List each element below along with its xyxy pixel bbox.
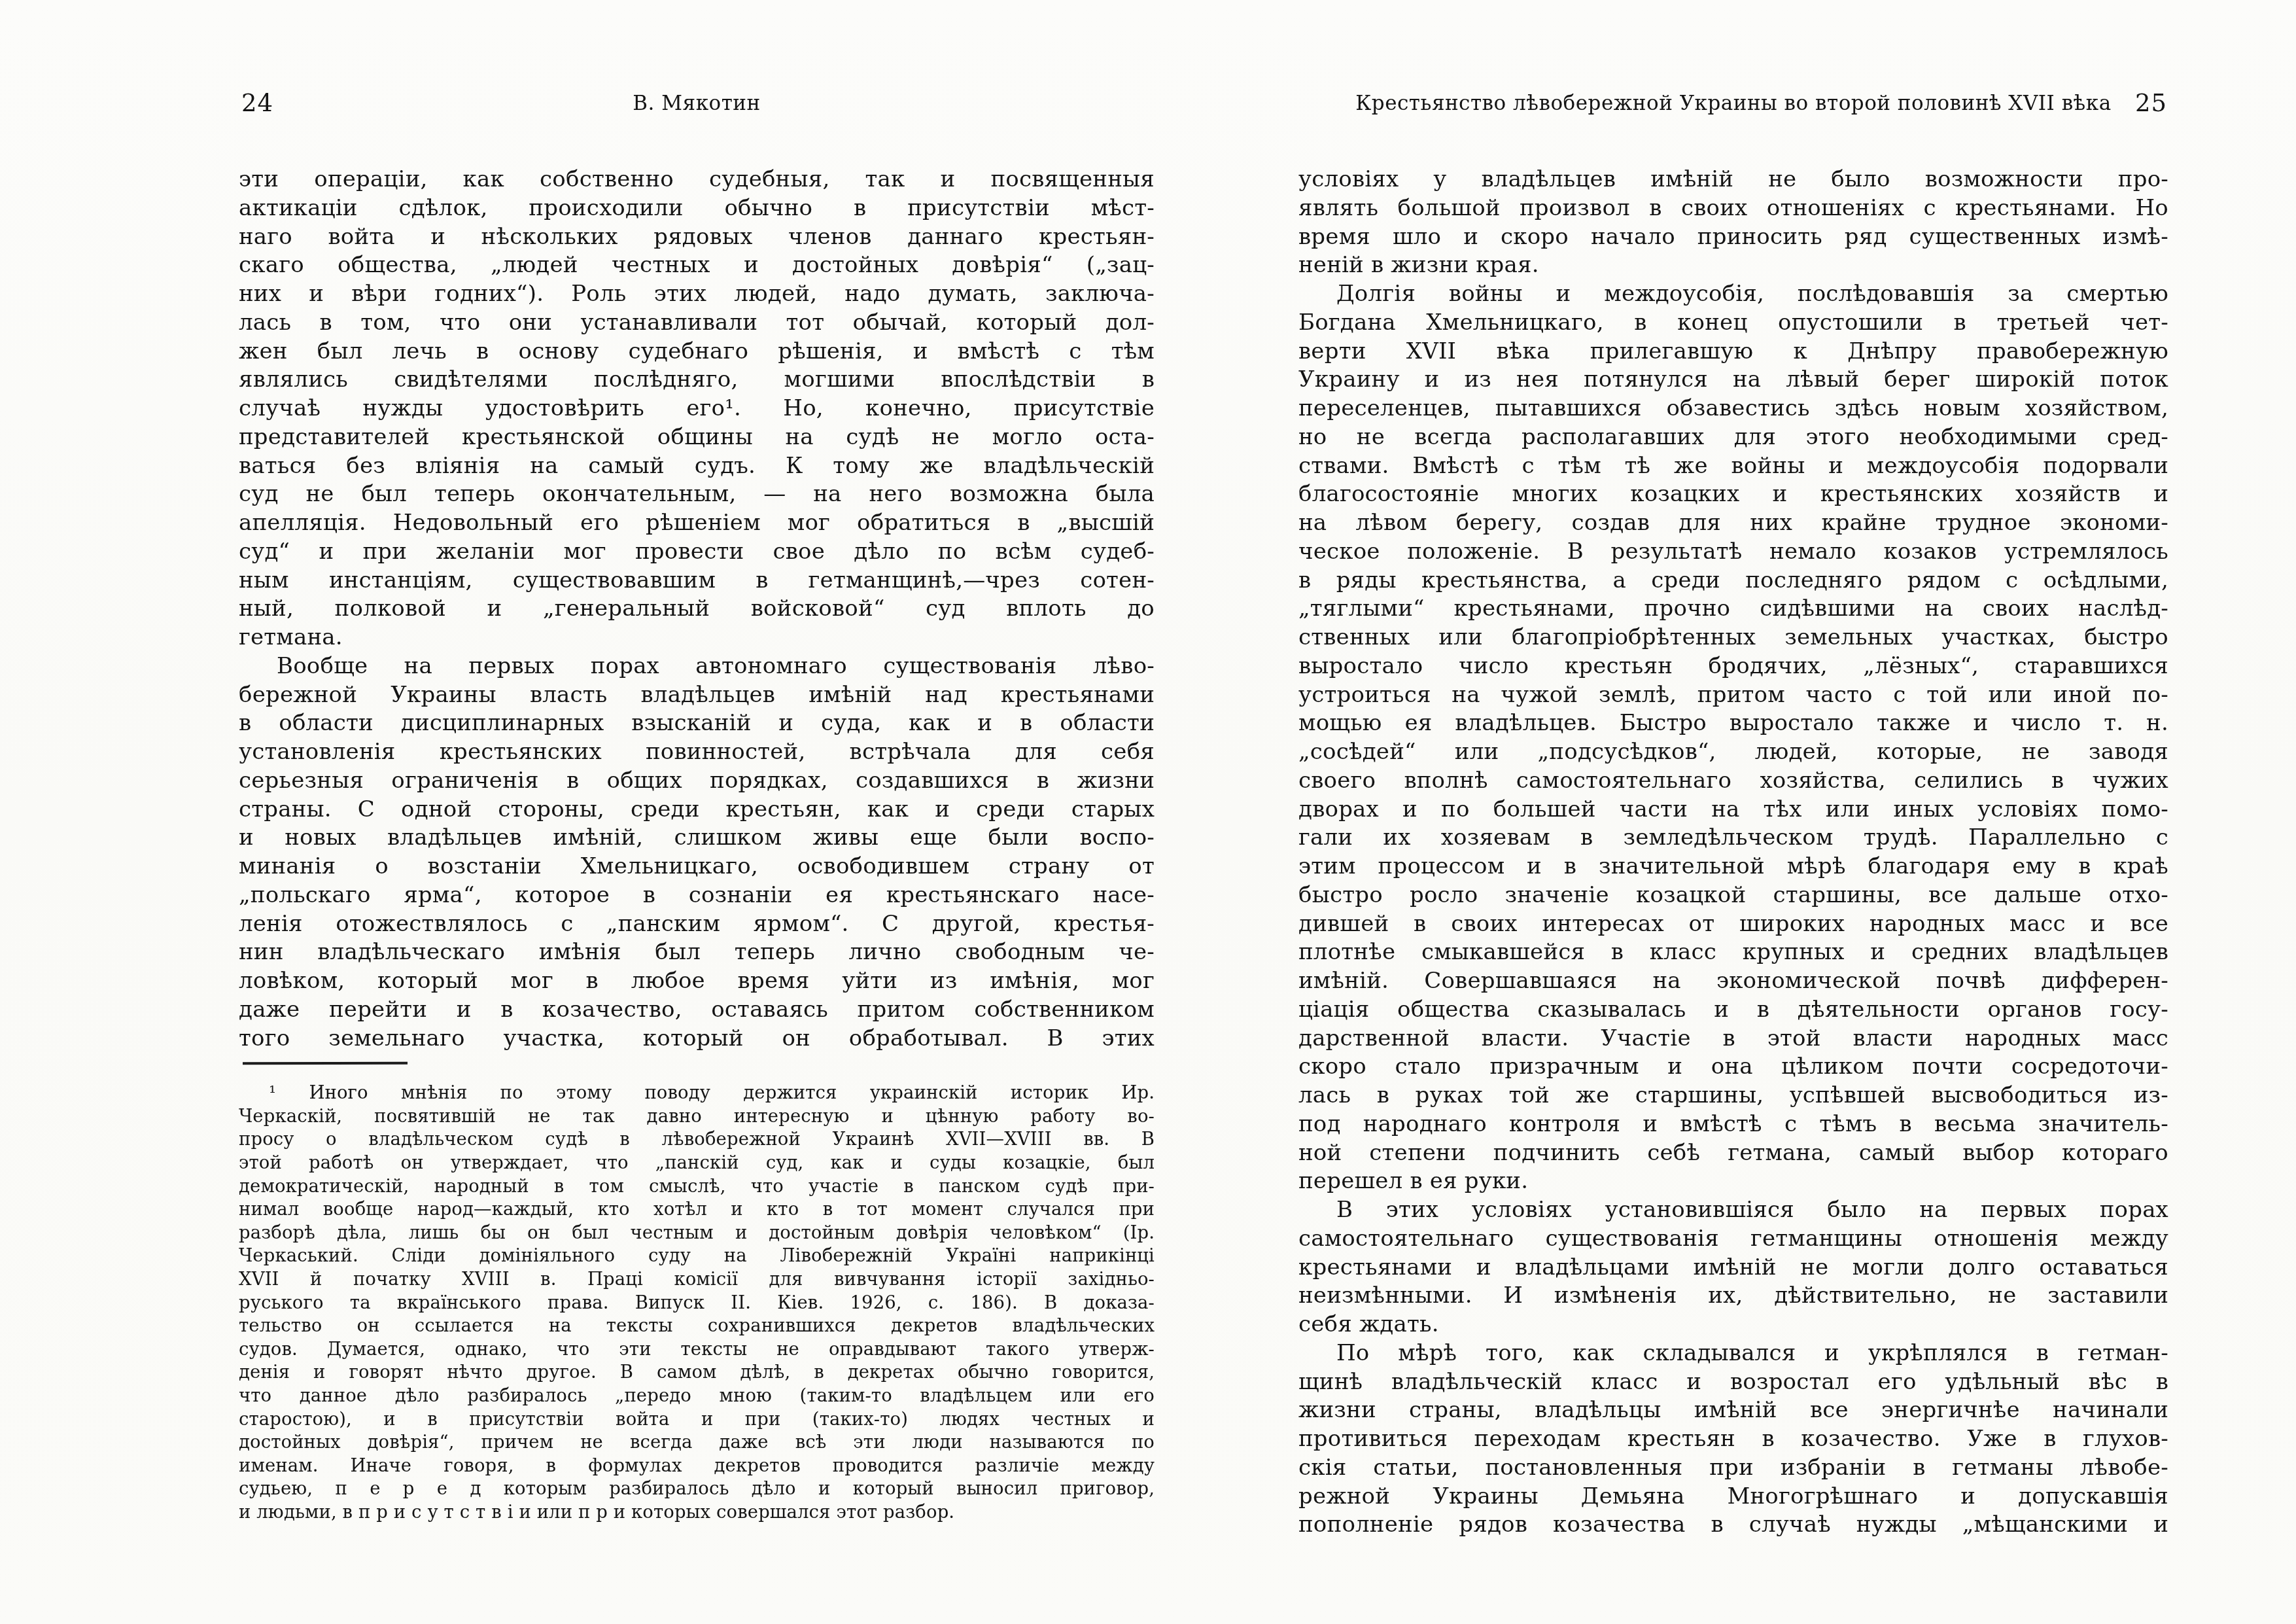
right-running-header: Крестьянство лѣвобережной Украины во вто… (1298, 85, 2168, 124)
text-line: Черкаскій, посвятившій не так давно инте… (239, 1105, 1155, 1129)
text-line: режной Украины Демьяна Многогрѣшнаго и д… (1298, 1483, 2168, 1511)
text-line: демократическій, народный в том смыслѣ, … (239, 1175, 1155, 1199)
text-line: в области дисциплинарных взысканій и суд… (239, 709, 1155, 738)
text-line: себя ждать. (1298, 1311, 2168, 1339)
text-line: дившей в своих интересах от широких наро… (1298, 910, 2168, 939)
scanned-book-spread: 24 В. Мякотин эти операціи, как собствен… (0, 0, 2296, 1624)
text-line: установленія крестьянских повинностей, в… (239, 738, 1155, 767)
text-line: противиться переходам крестьян в козачес… (1298, 1425, 2168, 1454)
text-line: достойных довѣрія“, причем не всегда даж… (239, 1431, 1155, 1455)
text-line: дарственной власти. Участіе в этой власт… (1298, 1025, 2168, 1053)
text-line: неній в жизни края. (1298, 251, 2168, 280)
text-line: и людьми, в п р и с у т с т в і и или п … (239, 1501, 1155, 1525)
text-line: быстро росло значеніе козацкой старшины,… (1298, 881, 2168, 910)
text-line: тельство он ссылается на тексты сохранив… (239, 1315, 1155, 1338)
text-line: что данное дѣло разбиралось „передо мною… (239, 1385, 1155, 1408)
text-line: щинѣ владѣльческій класс и возростал его… (1298, 1368, 2168, 1397)
text-line: условіях у владѣльцев имѣній не было воз… (1298, 166, 2168, 194)
text-line: пополненіе рядов козачества в случаѣ нуж… (1298, 1511, 2168, 1540)
text-line: жизни страны, владѣльцы имѣній все энерг… (1298, 1396, 2168, 1425)
text-line: бережной Украины власть владѣльцев имѣні… (239, 681, 1155, 710)
text-line: того земельнаго участка, который он обра… (239, 1025, 1155, 1053)
text-line: дворах и по большей части на тѣх или ины… (1298, 796, 2168, 824)
text-line: выростало число крестьян бродячих, „лёзн… (1298, 652, 2168, 681)
text-line: По мѣрѣ того, как складывался и укрѣплял… (1298, 1339, 2168, 1368)
text-line: являлись свидѣтелями послѣдняго, могшими… (239, 366, 1155, 395)
text-line: ціація общества сказывалась и в дѣятельн… (1298, 996, 2168, 1025)
text-line: судьею, п е р е д которым разбиралось дѣ… (239, 1477, 1155, 1501)
text-line: Украину и из нея потянулся на лѣвый бере… (1298, 366, 2168, 395)
text-line: устроиться на чужой землѣ, притом часто … (1298, 681, 2168, 710)
text-line: В этих условіях установившіяся было на п… (1298, 1196, 2168, 1225)
text-line: серьезныя ограниченія в общих порядках, … (239, 767, 1155, 796)
text-line: ствами. Вмѣстѣ с тѣм тѣ же войны и междо… (1298, 452, 2168, 481)
left-page-number: 24 (241, 89, 273, 117)
text-line: даже перейти и в козачество, оставаясь п… (239, 996, 1155, 1025)
text-line: суд не был теперь окончательным, — на не… (239, 480, 1155, 509)
text-line: старостою), и в присутствіи войта и при … (239, 1408, 1155, 1432)
text-line: жен был лечь в основу судебнаго рѣшенія,… (239, 338, 1155, 366)
text-line: время шло и скоро начало приносить ряд с… (1298, 223, 2168, 252)
text-line: суд“ и при желаніи мог провести свое дѣл… (239, 538, 1155, 567)
text-line: переселенцев, пытавшихся обзавестись здѣ… (1298, 395, 2168, 423)
text-line: Богдана Хмельницкаго, в конец опустошили… (1298, 309, 2168, 338)
text-line: „тяглыми“ крестьянами, прочно сидѣвшими … (1298, 595, 2168, 624)
text-line: скаго общества, „людей честных и достойн… (239, 251, 1155, 280)
left-footnote: ¹ Иного мнѣнія по этому поводу держится … (239, 1082, 1155, 1524)
paragraph: Вообще на первых порах автономнаго сущес… (239, 652, 1155, 1053)
text-line: крестьянами и владѣльцами имѣній не могл… (1298, 1254, 2168, 1282)
text-line: именам. Иначе говоря, в формулах декрето… (239, 1455, 1155, 1478)
left-main-text: эти операціи, как собственно судебныя, т… (239, 166, 1155, 1053)
text-line: судов. Думается, однако, что эти тексты … (239, 1338, 1155, 1362)
text-line: ной степени подчинить себѣ гетмана, самы… (1298, 1139, 2168, 1168)
text-line: самостоятельнаго существованія гетманщин… (1298, 1225, 2168, 1254)
text-line: разборѣ дѣла, лишь бы он был честным и д… (239, 1222, 1155, 1245)
text-line: страны. С одной стороны, среди крестьян,… (239, 796, 1155, 824)
text-line: просу о владѣльческом судѣ в лѣвобережно… (239, 1128, 1155, 1152)
text-line: денія и говорят нѣчто другое. В самом дѣ… (239, 1361, 1155, 1385)
footnote-separator-rule (243, 1062, 408, 1065)
text-line: представителей крестьянской общины на су… (239, 423, 1155, 452)
text-line: под народнаго контроля и вмѣстѣ с тѣмъ в… (1298, 1110, 2168, 1139)
paragraph: По мѣрѣ того, как складывался и укрѣплял… (1298, 1339, 2168, 1540)
text-line: наго войта и нѣскольких рядовых членов д… (239, 223, 1155, 252)
text-line: гетмана. (239, 624, 1155, 652)
text-line: этой работѣ он утверждает, что „панскій … (239, 1152, 1155, 1175)
text-line: „сосѣдей“ или „подсусѣдков“, людей, кото… (1298, 738, 2168, 767)
right-main-text: условіях у владѣльцев имѣній не было воз… (1298, 166, 2168, 1540)
text-line: верти XVII вѣка прилегавшую к Днѣпру пра… (1298, 338, 2168, 366)
text-line: на лѣвом берегу, создав для них крайне т… (1298, 509, 2168, 538)
text-line: XVII й початку XVIII в. Праці комісії дл… (239, 1268, 1155, 1292)
paragraph: ¹ Иного мнѣнія по этому поводу держится … (239, 1082, 1155, 1524)
text-line: Вообще на первых порах автономнаго сущес… (239, 652, 1155, 681)
text-line: благосостояніе многих козацких и крестья… (1298, 480, 2168, 509)
text-line: имѣній. Совершавшаяся на экономической п… (1298, 967, 2168, 996)
text-line: ственных или благопріобрѣтенных земельны… (1298, 624, 2168, 652)
text-line: ¹ Иного мнѣнія по этому поводу держится … (239, 1082, 1155, 1105)
text-line: скія статьи, постановленныя при избраніи… (1298, 1454, 2168, 1483)
text-line: лась в руках той же старшины, успѣвшей в… (1298, 1082, 2168, 1110)
text-line: актикаціи сдѣлок, происходили обычно в п… (239, 194, 1155, 223)
text-line: нимал вообще народ—каждый, кто хотѣл и к… (239, 1198, 1155, 1222)
text-line: Долгія войны и междоусобія, послѣдовавші… (1298, 280, 2168, 309)
text-line: неизмѣнными. И измѣненія их, дѣйствитель… (1298, 1282, 2168, 1311)
right-running-title: Крестьянство лѣвобережной Украины во вто… (1338, 92, 2129, 115)
text-line: ческое положеніе. В результатѣ немало ко… (1298, 538, 2168, 567)
text-line: в ряды крестьянства, а среди последняго … (1298, 567, 2168, 595)
paragraph: эти операціи, как собственно судебныя, т… (239, 166, 1155, 652)
text-line: ный, полковой и „генеральный войсковой“ … (239, 595, 1155, 624)
left-running-header: 24 В. Мякотин (239, 85, 1155, 124)
text-line: и новых владѣльцев имѣній, слишком живы … (239, 824, 1155, 853)
text-line: перешел в ея руки. (1298, 1167, 2168, 1196)
text-line: но не всегда располагавших для этого нео… (1298, 423, 2168, 452)
text-line: ным инстанціям, существовавшим в гетманщ… (239, 567, 1155, 595)
text-line: своего вполнѣ самостоятельнаго хозяйства… (1298, 767, 2168, 796)
text-line: ловѣком, который мог в любое время уйти … (239, 967, 1155, 996)
right-page-number: 25 (2135, 89, 2167, 117)
text-line: гали их хозяевам в земледѣльческом трудѣ… (1298, 824, 2168, 853)
text-line: являть большой произвол в своих отношені… (1298, 194, 2168, 223)
text-line: минанія о возстаніи Хмельницкаго, освобо… (239, 853, 1155, 881)
paragraph: В этих условіях установившіяся было на п… (1298, 1196, 2168, 1339)
text-line: мощью ея владѣльцев. Быстро выростало та… (1298, 709, 2168, 738)
text-line: эти операціи, как собственно судебныя, т… (239, 166, 1155, 194)
text-line: них и вѣри годних“). Роль этих людей, на… (239, 280, 1155, 309)
paragraph: условіях у владѣльцев имѣній не было воз… (1298, 166, 2168, 280)
text-line: плотнѣе смыкавшейся в класс крупных и ср… (1298, 938, 2168, 967)
text-line: ваться без вліянія на самый судъ. К тому… (239, 452, 1155, 481)
text-line: скоро стало призрачным и она цѣликом поч… (1298, 1053, 2168, 1082)
text-line: апелляція. Недовольный его рѣшеніем мог … (239, 509, 1155, 538)
left-body-text: эти операціи, как собственно судебныя, т… (239, 166, 1155, 1525)
text-line: случаѣ нужды удостовѣрить его¹. Но, коне… (239, 395, 1155, 423)
paragraph: Долгія войны и междоусобія, послѣдовавші… (1298, 280, 2168, 1196)
text-line: „польскаго ярма“, которое в сознаніи ея … (239, 881, 1155, 910)
text-line: ленія отожествлялось с „панским ярмом“. … (239, 910, 1155, 939)
text-line: руського та вкраїнського права. Випуск I… (239, 1292, 1155, 1315)
text-line: лась в том, что они устанавливали тот об… (239, 309, 1155, 338)
left-running-title: В. Мякотин (278, 92, 1115, 115)
text-line: нин владѣльческаго имѣнія был теперь лич… (239, 938, 1155, 967)
text-line: этим процессом и в значительной мѣрѣ бла… (1298, 853, 2168, 881)
right-body-text: условіях у владѣльцев имѣній не было воз… (1298, 166, 2168, 1540)
text-line: Черкаський. Сліди домініяльного суду на … (239, 1244, 1155, 1268)
